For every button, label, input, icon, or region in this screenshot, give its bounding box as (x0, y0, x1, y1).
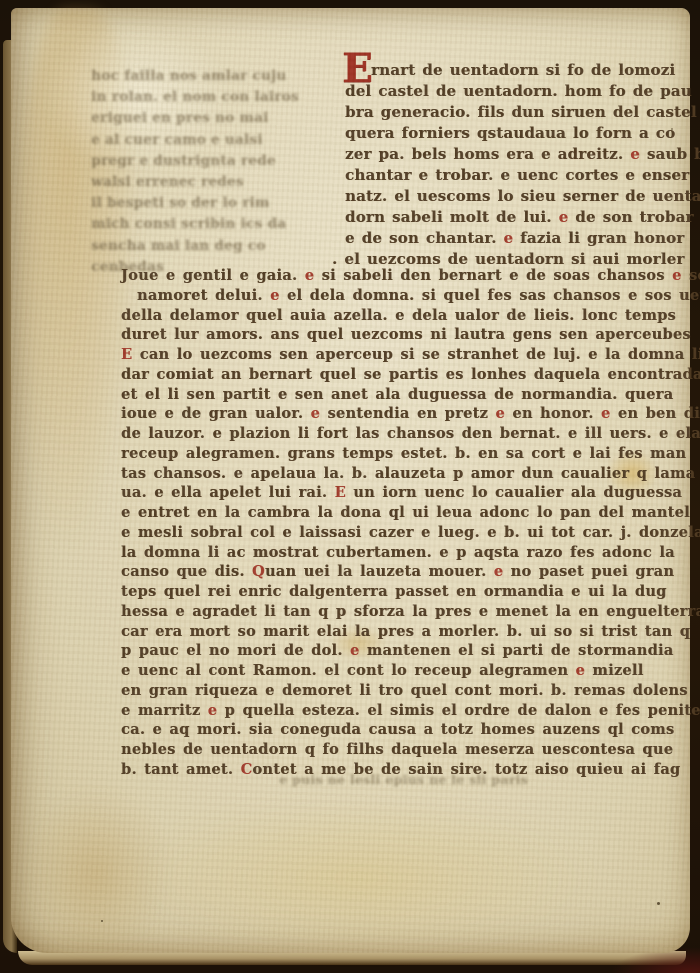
ink-text: de lauzor. e plazion li fort las chansos… (121, 425, 700, 442)
ink-text: dorn sabeli molt de lui. (345, 208, 559, 226)
stain-bottom-left (21, 788, 171, 958)
rubric-letter: e (576, 662, 586, 679)
manuscript-line: nebles de uentadorn q fo filhs daquela m… (121, 740, 671, 760)
ink-text: receup alegramen. grans temps estet. b. … (121, 445, 686, 462)
main-text-block: Joue e gentil e gaia. e si sabeli den be… (121, 266, 671, 780)
ink-speck (101, 920, 103, 922)
manuscript-line: E can lo uezcoms sen aperceup si se stra… (121, 345, 671, 365)
manuscript-line: della delamor quel auia azella. e dela u… (121, 306, 671, 326)
rubric-letter: e (503, 229, 513, 247)
bleedthrough-line: walsi errenec redes (91, 172, 349, 193)
manuscript-line: de lauzor. e plazion li fort las chansos… (121, 424, 671, 444)
ink-text: della delamor quel auia azella. e dela u… (121, 307, 676, 324)
ink-text: b. tant amet. (121, 761, 241, 778)
manuscript-line: teps quel rei enric dalgenterra passet e… (121, 582, 671, 602)
ink-text: saub be (640, 145, 700, 163)
bleedthrough-text-top: hoc failla nos amlar cujuin rolan. el no… (91, 66, 349, 278)
ink-text: uan uei la lauzeta mouer. (265, 563, 494, 580)
manuscript-line: chantar e trobar. e uenc cortes e enser (345, 165, 675, 186)
manuscript-line: receup alegramen. grans temps estet. b. … (121, 444, 671, 464)
manuscript-line: tas chansos. e apelaua la. b. alauzeta p… (121, 464, 671, 484)
bleedthrough-line: sencha mai lan deg co (91, 236, 349, 257)
manuscript-line: ioue e de gran ualor. e sentendia en pre… (121, 404, 671, 424)
rubric-letter: e (350, 642, 360, 659)
rubric-letter: e (208, 702, 218, 719)
bleedthrough-line: eriguei en pres no mai (91, 108, 349, 129)
bleedthrough-line: hoc failla nos amlar cuju (91, 66, 349, 87)
manuscript-line: namoret delui. e el dela domna. si quel … (137, 286, 671, 306)
ink-text: Joue e gentil e gaia. (121, 267, 305, 284)
rubric-letter: E (121, 346, 132, 363)
bleedthrough-line: e puis ne lesli epius ne le sli paris (279, 772, 639, 787)
ink-text: si sabeli den bernart e de soas chansos (314, 267, 672, 284)
ink-text: namoret delui. (137, 287, 270, 304)
rubric-letter: e (630, 145, 640, 163)
ink-text: tas chansos. e apelaua la. b. alauzeta p… (121, 465, 695, 482)
ink-text: rnart de uentadorn si fo de lomozi (371, 61, 675, 79)
manuscript-line: dorn sabeli molt de lui. e de son trobar (345, 207, 675, 228)
manuscript-line: p pauc el no mori de dol. e mantenen el … (121, 641, 671, 661)
manuscript-line: e uenc al cont Ramon. el cont lo receup … (121, 661, 671, 681)
ink-text: no paset puei gran (503, 563, 674, 580)
manuscript-line: rnart de uentadorn si fo de lomoziE (345, 60, 675, 81)
ink-text: fazia li gran honor (513, 229, 684, 247)
ink-text: un iorn uenc lo caualier ala duguessa (346, 484, 682, 501)
manuscript-line: duret lur amors. ans quel uezcoms ni lau… (121, 325, 671, 345)
ink-text: dar comiat an bernart quel se partis es … (121, 366, 700, 383)
ink-text: ioue e de gran ualor. (121, 405, 311, 422)
manuscript-line: ca. e aq mori. sia coneguda causa a totz… (121, 720, 671, 740)
manuscript-page: hoc failla nos amlar cujuin rolan. el no… (11, 8, 690, 953)
ink-text: e entret en la cambra la dona ql ui leua… (121, 504, 690, 521)
ink-text: e de son chantar. (345, 229, 503, 247)
ink-text: e uenc al cont Ramon. el cont lo receup … (121, 662, 576, 679)
manuscript-line: e mesli sobral col e laissasi cazer e lu… (121, 523, 671, 543)
bleedthrough-line: il bespeti so der lo rim (91, 193, 349, 214)
rubric-letter: e (672, 267, 682, 284)
ink-text: quera forniers qstaudaua lo forn a co (345, 124, 675, 142)
ink-text: en gran riqueza e demoret li tro quel co… (121, 682, 688, 699)
manuscript-line: ua. e ella apelet lui rai. E un iorn uen… (121, 483, 671, 503)
ink-text: la domna li ac mostrat cubertamen. e p a… (121, 544, 675, 561)
ink-text: et el li sen partit e sen anet ala dugue… (121, 386, 673, 403)
rubric-letter: C (241, 761, 253, 778)
stain-bottom (131, 798, 591, 958)
ink-text: se (682, 267, 700, 284)
ink-text: car era mort so marit elai la pres a mor… (121, 623, 690, 640)
rubric-letter: e (495, 405, 505, 422)
bleedthrough-text-bottom: e puis ne lesli epius ne le sli paris (279, 772, 639, 787)
manuscript-line: Joue e gentil e gaia. e si sabeli den be… (121, 266, 671, 286)
manuscript-line: e de son chantar. e fazia li gran honor (345, 228, 675, 249)
ink-text: en ben dig (611, 405, 700, 422)
ink-text: el dela domna. si quel fes sas chansos e… (280, 287, 700, 304)
manuscript-line: dar comiat an bernart quel se partis es … (121, 365, 671, 385)
ink-text: e marritz (121, 702, 208, 719)
codex-photo: hoc failla nos amlar cujuin rolan. el no… (0, 0, 700, 973)
ink-text: mantenen el si parti de stormandia (360, 642, 674, 659)
rubric-letter: e (305, 267, 315, 284)
bleedthrough-line: in rolan. el nom con lairos (91, 87, 349, 108)
ink-text: de son trobar (568, 208, 693, 226)
ink-speck (657, 902, 660, 905)
manuscript-line: zer pa. bels homs era e adreitz. e saub … (345, 144, 675, 165)
ink-text: en honor. (505, 405, 601, 422)
stacked-page-edges-bottom (18, 951, 686, 965)
ink-text: chantar e trobar. e uenc cortes e enser (345, 166, 689, 184)
ink-text: hessa e agradet li tan q p sforza la pre… (121, 603, 700, 620)
rubric-letter: Q (252, 563, 265, 580)
rubric-letter: e (494, 563, 504, 580)
manuscript-line: canso que dis. Quan uei la lauzeta mouer… (121, 562, 671, 582)
ink-text: ua. e ella apelet lui rai. (121, 484, 335, 501)
bleedthrough-line: pregr e dustrignta rede (91, 151, 349, 172)
illuminated-initial: E (342, 50, 372, 88)
ink-text: mizell (585, 662, 643, 679)
bleedthrough-line: e al cuer camo e ualsi (91, 130, 349, 151)
manuscript-line: la domna li ac mostrat cubertamen. e p a… (121, 543, 671, 563)
manuscript-line: car era mort so marit elai la pres a mor… (121, 622, 671, 642)
manuscript-line: e entret en la cambra la dona ql ui leua… (121, 503, 671, 523)
rubric-letter: E (335, 484, 346, 501)
ink-text: teps quel rei enric dalgenterra passet e… (121, 583, 667, 600)
bleedthrough-line: mich consi scribin ics da (91, 214, 349, 235)
ink-text: duret lur amors. ans quel uezcoms ni lau… (121, 326, 691, 343)
ink-text: canso que dis. (121, 563, 252, 580)
ink-text: del castel de uentadorn. hom fo de pau (345, 82, 692, 100)
manuscript-line: e marritz e p quella esteza. el simis el… (121, 701, 671, 721)
manuscript-line: et el li sen partit e sen anet ala dugue… (121, 385, 671, 405)
ink-text: natz. el uescoms lo sieu serner de uenta (345, 187, 700, 205)
manuscript-line: del castel de uentadorn. hom fo de pau (345, 81, 675, 102)
manuscript-line: natz. el uescoms lo sieu serner de uenta (345, 186, 675, 207)
rubric-letter: e (559, 208, 569, 226)
ink-text: bra generacio. fils dun siruen del caste… (345, 103, 697, 121)
ink-text: can lo uezcoms sen aperceup si se stranh… (132, 346, 700, 363)
ink-text: zer pa. bels homs era e adreitz. (345, 145, 630, 163)
rubric-letter: e (270, 287, 280, 304)
rubric-letter: e (601, 405, 611, 422)
opening-column: rnart de uentadorn si fo de lomoziEdel c… (345, 60, 675, 270)
ink-text: p quella esteza. el simis el ordre de da… (217, 702, 700, 719)
rubric-letter: e (311, 405, 321, 422)
manuscript-line: quera forniers qstaudaua lo forn a co (345, 123, 675, 144)
ink-text: ca. e aq mori. sia coneguda causa a totz… (121, 721, 674, 738)
manuscript-line: bra generacio. fils dun siruen del caste… (345, 102, 675, 123)
ink-text: nebles de uentadorn q fo filhs daquela m… (121, 741, 673, 758)
ink-text: e mesli sobral col e laissasi cazer e lu… (121, 524, 700, 541)
ink-text: sentendia en pretz (320, 405, 495, 422)
manuscript-line: en gran riqueza e demoret li tro quel co… (121, 681, 671, 701)
manuscript-line: hessa e agradet li tan q p sforza la pre… (121, 602, 671, 622)
ink-text: p pauc el no mori de dol. (121, 642, 350, 659)
